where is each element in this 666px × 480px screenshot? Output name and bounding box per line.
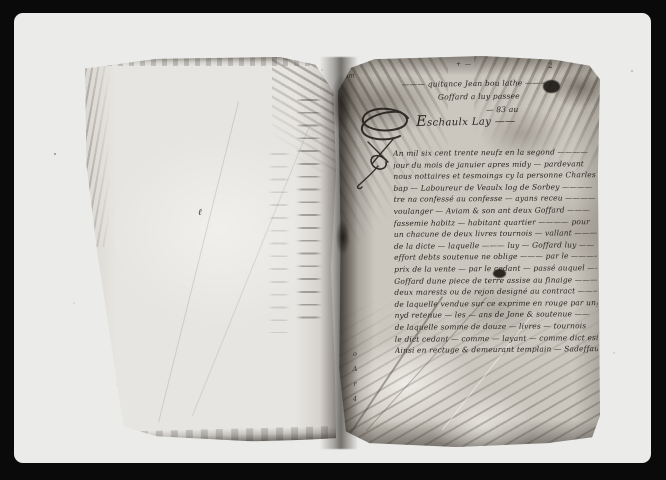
left-page-left-streaks <box>80 62 110 247</box>
bleedthrough-dashes <box>296 99 322 324</box>
body-text: An mil six cent trente neufz en la segon… <box>393 146 598 356</box>
left-page-crease <box>192 128 309 416</box>
section-title: Eschaulx Lay —— <box>416 112 516 130</box>
book-gutter-shadow <box>320 57 358 449</box>
bleedthrough-dashes <box>268 153 290 333</box>
manuscript-right-page: 2 + — om ——— quitance Jean bou lathe ———… <box>338 56 600 447</box>
header-line-2: Goffard a luy passee <box>438 91 520 101</box>
left-page-crease <box>158 102 239 422</box>
photo-paper: ℓ 2 + — om ——— quitance Jean bou lathe —… <box>14 13 651 463</box>
stray-mark: ℓ <box>198 207 202 218</box>
photograph: ℓ 2 + — om ——— quitance Jean bou lathe —… <box>0 0 666 480</box>
page-number: 2 <box>548 62 552 70</box>
left-page-bottom-stain <box>111 426 336 445</box>
manuscript-line: Ainsi en rectuge & demeurant templain — … <box>395 343 598 356</box>
top-margin-mark: + — <box>456 61 472 68</box>
